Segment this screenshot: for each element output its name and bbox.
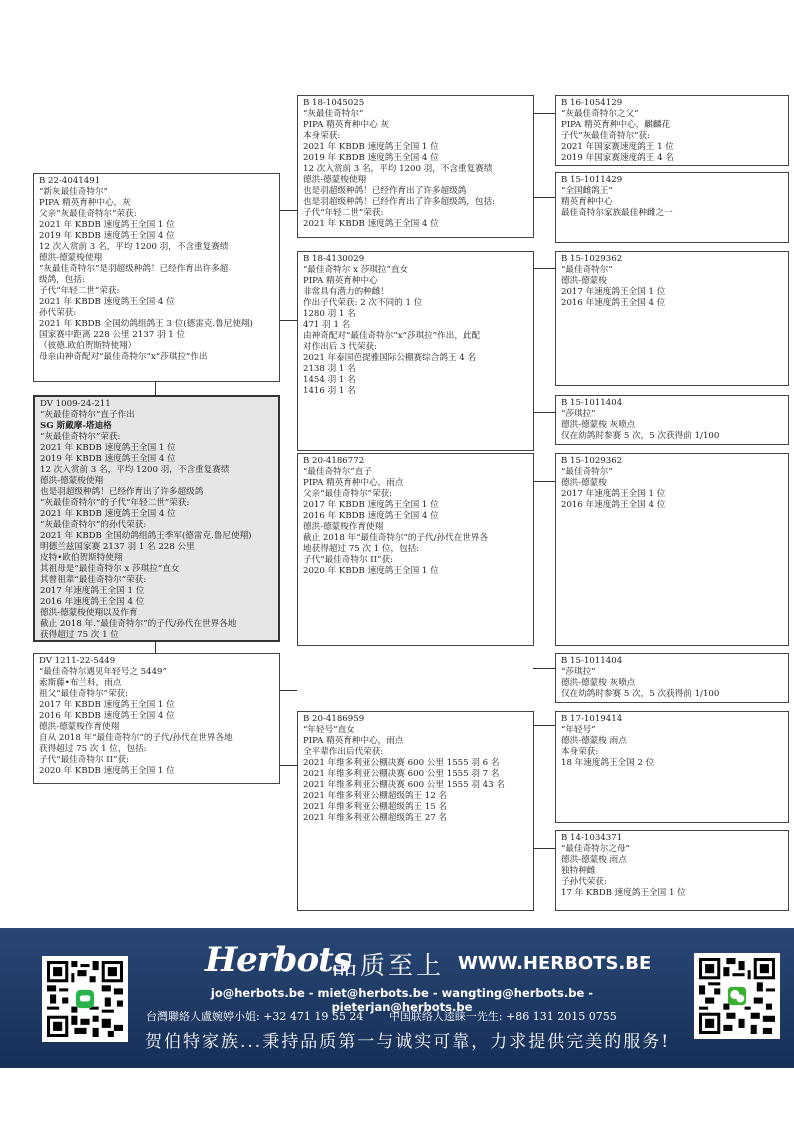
pedigree-box-grandsire-maternal: B 20-4186772“最佳奇特尔”直子PIPA 精英育种中心，雨点父亲“最佳… xyxy=(297,453,534,646)
pedigree-line: 2021 年维多利亚公棚决赛 600 公里 1555 羽 7 名 xyxy=(303,769,528,780)
pedigree-line: “年轻号” xyxy=(561,725,783,736)
ring-number: B 20-4186959 xyxy=(303,714,528,725)
connector-line xyxy=(533,113,555,114)
pedigree-line: PIPA 精英育种中心 灰 xyxy=(303,120,528,131)
pedigree-line: 2021 年 KBDB 全国幼鸽组鸽王 3 位(德雷克.鲁尼使翔) xyxy=(39,319,274,330)
pedigree-box-ggp-3: B 15-1029362“最佳奇特尔”德洪-德蒙梭2017 年速度鸽王全国 1 … xyxy=(555,251,789,386)
contact-taiwan: 台灣聯絡人盧婉婷小姐: +32 471 19 55 24 xyxy=(146,1010,363,1023)
pedigree-line: 明德兰兹国家赛 2137 羽 1 名 228 公里 xyxy=(40,542,273,553)
connector-line xyxy=(279,210,297,211)
qr-code-icon xyxy=(699,958,775,1034)
pedigree-line: （彼德.欧伯贺斯特使翔） xyxy=(39,341,274,352)
pedigree-line: 德洪-德蒙梭 雨点 xyxy=(561,736,783,747)
ring-number: B 15-1011429 xyxy=(561,175,783,186)
pedigree-line: 1454 羽 1 名 xyxy=(303,375,528,386)
pedigree-line: “最佳奇特尔 x 莎琪拉”直女 xyxy=(303,265,528,276)
pedigree-line: 2016 年速度鸽王全国 4 位 xyxy=(561,500,783,511)
pedigree-line: 德洪-德蒙梭使翔 xyxy=(40,476,273,487)
pedigree-line: “年轻号”直女 xyxy=(303,725,528,736)
ring-number: B 15-1029362 xyxy=(561,254,783,265)
pedigree-line: 2016 年速度鸽王全国 4 位 xyxy=(561,298,783,309)
pedigree-box-grandsire-paternal: B 18-1045025“灰最佳奇特尔”PIPA 精英育种中心 灰本身荣获:20… xyxy=(297,95,534,238)
pedigree-line: 级鸽，包括: xyxy=(39,275,274,286)
pedigree-box-ggp-5: B 15-1029362“最佳奇特尔”德洪-德蒙梭2017 年速度鸽王全国 1 … xyxy=(555,453,789,646)
pedigree-line: 2019 年 KBDB 速度鸽王全国 4 位 xyxy=(39,231,274,242)
pedigree-line: “莎琪拉” xyxy=(561,667,783,678)
pedigree-line: 本身荣获: xyxy=(303,131,528,142)
connector-line xyxy=(533,668,555,669)
pedigree-line: 父亲“灰最佳奇特尔”荣获: xyxy=(39,209,274,220)
pedigree-line: 仅在幼鸽时参赛 5 次，5 次获得前 1/100 xyxy=(561,431,783,442)
pedigree-line: 德洪-德蒙梭作育使翔 xyxy=(39,722,274,733)
ring-number: B 15-1011404 xyxy=(561,398,783,409)
pedigree-line: 12 次入赏前 3 名，平均 1200 羽，不含重复赛绩 xyxy=(39,242,274,253)
pedigree-line: 对作出后 3 代荣获: xyxy=(303,342,528,353)
pedigree-line: “灰最佳奇特尔”的孙代荣获: xyxy=(40,520,273,531)
pedigree-line: 父亲“最佳奇特尔”荣获: xyxy=(303,489,528,500)
pedigree-line: 德洪-德蒙梭 灰喷点 xyxy=(561,678,783,689)
ring-number: B 20-4186772 xyxy=(303,456,528,467)
qr-code-icon xyxy=(47,961,123,1037)
pedigree-line: 自从 2018 年“最佳奇特尔”的子代/孙代在世界各地 xyxy=(39,733,274,744)
pedigree-line: 获得超过 75 次 1 位 xyxy=(40,630,273,641)
pedigree-line: 德洪-德蒙梭 xyxy=(561,276,783,287)
website-link[interactable]: WWW.HERBOTS.BE xyxy=(458,953,651,974)
qr-code-wechat[interactable] xyxy=(694,953,780,1039)
pedigree-line: 2021 年 KBDB 全国幼鸽组鸽王季军(德雷克.鲁尼使翔) xyxy=(40,531,273,542)
pedigree-line: “最佳奇特尔” xyxy=(561,467,783,478)
pedigree-line: 也是羽超级种鸽！已经作育出了许多超级鸽 xyxy=(303,186,528,197)
pedigree-line: 2021 年 KBDB 速度鸽王全国 1 位 xyxy=(40,443,273,454)
pedigree-line: “最佳奇特尔之母” xyxy=(561,844,783,855)
pedigree-line: 2019 年国家赛速度鸽王 4 名 xyxy=(561,153,783,164)
pedigree-line: SG 斯戴摩-塔迪格 xyxy=(40,421,273,432)
pedigree-line: 本身荣获: xyxy=(561,747,783,758)
connector-line xyxy=(155,381,156,396)
pedigree-line: 作出子代荣获: 2 次不同的 1 位 xyxy=(303,298,528,309)
pedigree-line: “最佳奇特尔遇见年轻号之 5449” xyxy=(39,667,274,678)
pedigree-box-ggp-1: B 16-1054129“灰最佳奇特尔之父”PIPA 精英育种中心，麒麟花子代“… xyxy=(555,95,789,166)
pedigree-line: 子代“灰最佳奇特尔”获: xyxy=(561,131,783,142)
pedigree-line: PIPA 精英育种中心 xyxy=(303,276,528,287)
pedigree-line: 2138 羽 1 名 xyxy=(303,364,528,375)
pedigree-line: 2021 年 KBDB 速度鸽王全国 4 位 xyxy=(39,297,274,308)
pedigree-line: 2021 年 KBDB 速度鸽王全国 4 位 xyxy=(40,509,273,520)
pedigree-line: 地获得超过 75 次 1 位，包括: xyxy=(303,544,528,555)
pedigree-line: 其曾祖辈“最佳奇特尔”荣获: xyxy=(40,575,273,586)
connector-line xyxy=(279,320,297,321)
pedigree-line: 2021 年 KBDB 速度鸽王全国 1 位 xyxy=(39,220,274,231)
pedigree-line: 1280 羽 1 名 xyxy=(303,309,528,320)
slogan: 品质至上 xyxy=(332,946,444,982)
pedigree-line: 其祖母是“最佳奇特尔 x 莎琪拉”直女 xyxy=(40,564,273,575)
pedigree-line: 最佳奇特尔家族最佳种雌之一 xyxy=(561,208,783,219)
pedigree-line: “全国雌鸽王” xyxy=(561,186,783,197)
ring-number: B 14-1034371 xyxy=(561,833,783,844)
pedigree-line: 2019 年 KBDB 速度鸽王全国 4 位 xyxy=(303,153,528,164)
pedigree-box-sire: B 22-4041491“新灰最佳奇特尔”PIPA 精英育种中心，灰父亲“灰最佳… xyxy=(33,173,280,382)
pedigree-line: 2020 年 KBDB 速度鸽王全国 1 位 xyxy=(303,566,528,577)
footer-banner: Herbots 品质至上 WWW.HERBOTS.BE jo@herbots.b… xyxy=(0,928,794,1068)
pedigree-line: 471 羽 1 名 xyxy=(303,320,528,331)
pedigree-line: “灰最佳奇特尔”荣获: xyxy=(40,432,273,443)
connector-line xyxy=(279,690,297,691)
ring-number: DV 1009-24-211 xyxy=(40,399,273,410)
pedigree-line: 祖父“最佳奇特尔”荣获: xyxy=(39,689,274,700)
ring-number: B 18-4130029 xyxy=(303,254,528,265)
pedigree-line: 索斯藤•布兰科，雨点 xyxy=(39,678,274,689)
pedigree-line: 子孙代荣获: xyxy=(561,877,783,888)
contact-phones: 台灣聯絡人盧婉婷小姐: +32 471 19 55 24 中国联络人逵睐一先生:… xyxy=(146,1008,639,1024)
pedigree-line: PIPA 精英育种中心，灰 xyxy=(39,198,274,209)
pedigree-box-ggp-2: B 15-1011429“全国雌鸽王”精英育种中心最佳奇特尔家族最佳种雌之一 xyxy=(555,172,789,243)
pedigree-line: 德洪-德蒙梭使翔 xyxy=(39,253,274,264)
pedigree-line: 2021 年国家赛速度鸽王 1 位 xyxy=(561,142,783,153)
pedigree-line: 2016 年 KBDB 速度鸽王全国 4 位 xyxy=(303,511,528,522)
connector-line xyxy=(533,725,555,726)
pedigree-line: 德洪-德蒙梭作育使翔 xyxy=(303,522,528,533)
pedigree-line: 2021 年泰国芭提雅国际公棚赛综合鸽王 4 名 xyxy=(303,353,528,364)
pedigree-line: “灰最佳奇特尔” xyxy=(303,109,528,120)
pedigree-line: 2021 年 KBDB 速度鸽王全国 1 位 xyxy=(303,142,528,153)
pedigree-line: 12 次入赏前 3 名，平均 1200 羽，不含重复赛绩 xyxy=(303,164,528,175)
pedigree-line: 子代“年轻二世”荣获: xyxy=(303,208,528,219)
herbots-logo: Herbots xyxy=(205,940,351,980)
pedigree-line: 2017 年 KBDB 速度鸽王全国 1 位 xyxy=(39,700,274,711)
ring-number: B 17-1019414 xyxy=(561,714,783,725)
pedigree-line: 国家赛中距离 228 公里 2137 羽 1 位 xyxy=(39,330,274,341)
pedigree-line: 2019 年 KBDB 速度鸽王全国 4 位 xyxy=(40,454,273,465)
connector-line xyxy=(533,412,555,413)
pedigree-line: 子代“最佳奇特尔 II”获: xyxy=(39,755,274,766)
pedigree-line: 1416 羽 1 名 xyxy=(303,386,528,397)
motto: 贺伯特家族...秉持品质第一与诚实可靠，力求提供完美的服务! xyxy=(145,1027,670,1052)
pedigree-line: 获得超过 75 次 1 位，包括: xyxy=(39,744,274,755)
pedigree-line: 截止 2018 年“最佳奇特尔”的子代/孙代在世界各 xyxy=(303,533,528,544)
pedigree-box-dam: DV 1211-22-5449“最佳奇特尔遇见年轻号之 5449”索斯藤•布兰科… xyxy=(33,653,280,784)
pedigree-line: PIPA 精英育种中心，麒麟花 xyxy=(561,120,783,131)
pedigree-line: 子代“年轻二世”荣获: xyxy=(39,286,274,297)
pedigree-line: 子代“最佳奇特尔 II”获: xyxy=(303,555,528,566)
pedigree-line: 2021 年维多利亚公棚决赛 600 公里 1555 羽 43 名 xyxy=(303,780,528,791)
ring-number: B 16-1054129 xyxy=(561,98,783,109)
connector-line xyxy=(533,848,555,849)
pedigree-box-ggp-6: B 15-1011404“莎琪拉”德洪-德蒙梭 灰喷点仅在幼鸽时参赛 5 次，5… xyxy=(555,653,789,703)
pedigree-line: 皮特•欧伯贺斯特使翔 xyxy=(40,553,273,564)
pedigree-line: “最佳奇特尔” xyxy=(561,265,783,276)
pedigree-line: 2020 年 KBDB 速度鸽王全国 1 位 xyxy=(39,766,274,777)
qr-code-line[interactable] xyxy=(42,956,128,1042)
pedigree-line: 2017 年速度鸽王全国 1 位 xyxy=(40,586,273,597)
pedigree-line: 独特种雌 xyxy=(561,866,783,877)
ring-number: B 22-4041491 xyxy=(39,176,274,187)
pedigree-line: 全平辈作出后代荣获: xyxy=(303,747,528,758)
pedigree-box-granddam-maternal: B 20-4186959“年轻号”直女PIPA 精英育种中心，雨点全平辈作出后代… xyxy=(297,711,534,911)
connector-line xyxy=(533,268,555,269)
pedigree-line: 2017 年速度鸽王全国 1 位 xyxy=(561,287,783,298)
pedigree-line: 德洪-德蒙梭使翔 xyxy=(303,175,528,186)
pedigree-box-subject: DV 1009-24-211“灰最佳奇特尔”直子作出SG 斯戴摩-塔迪格“灰最佳… xyxy=(33,395,280,642)
pedigree-line: 仅在幼鸽时参赛 5 次，5 次获得前 1/100 xyxy=(561,689,783,700)
pedigree-line: 2021 年 KBDB 速度鸽王全国 4 位 xyxy=(303,219,528,230)
pedigree-box-ggp-7: B 17-1019414“年轻号”德洪-德蒙梭 雨点本身荣获:18 年速度鸽王全… xyxy=(555,711,789,823)
contact-china: 中国联络人逵睐一先生: +86 131 2015 0755 xyxy=(389,1010,617,1023)
ring-number: B 15-1029362 xyxy=(561,456,783,467)
pedigree-line: 截止 2018 年.“最佳奇特尔”的子代/孙代在世界各地 xyxy=(40,619,273,630)
pedigree-line: 德洪-德蒙梭 灰喷点 xyxy=(561,420,783,431)
pedigree-line: “最佳奇特尔”直子 xyxy=(303,467,528,478)
pedigree-line: 德洪-德蒙梭 雨点 xyxy=(561,855,783,866)
pedigree-line: PIPA 精英育种中心，雨点 xyxy=(303,736,528,747)
pedigree-box-granddam-paternal: B 18-4130029“最佳奇特尔 x 莎琪拉”直女PIPA 精英育种中心非常… xyxy=(297,251,534,451)
pedigree-line: 也是羽超级种鸽！已经作育出了许多超级鸽，包括: xyxy=(303,197,528,208)
ring-number: B 18-1045025 xyxy=(303,98,528,109)
pedigree-line: 2016 年 KBDB 速度鸽王全国 4 位 xyxy=(39,711,274,722)
pedigree-line: 2017 年 KBDB 速度鸽王全国 1 位 xyxy=(303,500,528,511)
pedigree-line: 精英育种中心 xyxy=(561,197,783,208)
pedigree-line: 2021 年维多利亚公棚超级鸽王 27 名 xyxy=(303,813,528,824)
pedigree-line: 2021 年维多利亚公棚超级鸽王 15 名 xyxy=(303,802,528,813)
pedigree-line: 18 年速度鸽王全国 2 位 xyxy=(561,758,783,769)
pedigree-line: 非常具有潜力的种雌！ xyxy=(303,287,528,298)
pedigree-box-ggp-4: B 15-1011404“莎琪拉”德洪-德蒙梭 灰喷点仅在幼鸽时参赛 5 次，5… xyxy=(555,395,789,445)
pedigree-line: 2021 年维多利亚公棚决赛 600 公里 1555 羽 6 名 xyxy=(303,758,528,769)
pedigree-line: 2021 年维多利亚公棚超级鸽王 12 名 xyxy=(303,791,528,802)
connector-line xyxy=(533,197,555,198)
pedigree-line: 德洪-德蒙梭 xyxy=(561,478,783,489)
pedigree-line: “新灰最佳奇特尔” xyxy=(39,187,274,198)
pedigree-line: 孙代荣获: xyxy=(39,308,274,319)
connector-line xyxy=(279,765,297,766)
pedigree-line: 2017 年速度鸽王全国 1 位 xyxy=(561,489,783,500)
pedigree-line: “灰最佳奇特尔”是羽超级种鸽！已经作育出许多超 xyxy=(39,264,274,275)
pedigree-line: 2016 年速度鸽王全国 4 位 xyxy=(40,597,273,608)
pedigree-line: 德洪-德蒙梭使翔以及作育 xyxy=(40,608,273,619)
pedigree-line: 也是羽超级种鸽！已经作育出了许多超级鸽 xyxy=(40,487,273,498)
pedigree-line: “灰最佳奇特尔”直子作出 xyxy=(40,410,273,421)
pedigree-line: 12 次入赏前 3 名，平均 1200 羽，不含重复赛绩 xyxy=(40,465,273,476)
pedigree-line: 母亲由神奇配对“最佳奇特尔”x“莎琪拉”作出 xyxy=(39,352,274,363)
ring-number: DV 1211-22-5449 xyxy=(39,656,274,667)
pedigree-line: 由神奇配对“最佳奇特尔”x“莎琪拉”作出，此配 xyxy=(303,331,528,342)
pedigree-line: PIPA 精英育种中心，雨点 xyxy=(303,478,528,489)
ring-number: B 15-1011404 xyxy=(561,656,783,667)
pedigree-line: “莎琪拉” xyxy=(561,409,783,420)
pedigree-line: 17 年 KBDB 速度鸽王全国 1 位 xyxy=(561,888,783,899)
pedigree-line: “灰最佳奇特尔之父” xyxy=(561,109,783,120)
pedigree-box-ggp-8: B 14-1034371“最佳奇特尔之母”德洪-德蒙梭 雨点独特种雌子孙代荣获:… xyxy=(555,830,789,911)
connector-line xyxy=(533,481,555,482)
pedigree-line: “灰最佳奇特尔”的子代“年轻二世”荣获: xyxy=(40,498,273,509)
